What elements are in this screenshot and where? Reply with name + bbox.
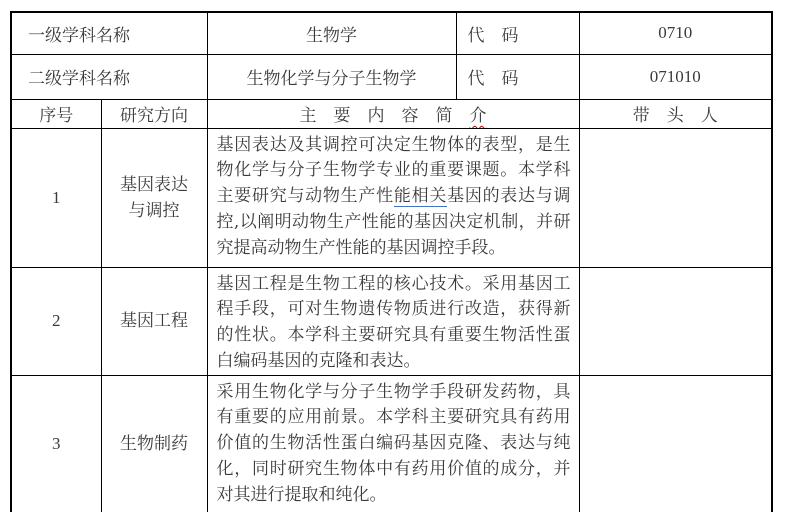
column-header-row: 序号 研究方向 主 要 内 容 简 介 带 头 人 [11, 99, 772, 128]
leader-cell [579, 267, 772, 375]
row-no: 1 [11, 128, 101, 267]
row-intro: 基因表达及其调控可决定生物体的表型，是生物化学与分子生物学专业的重要课题。本学科… [207, 128, 579, 267]
document-page: 一级学科名称 生物学 代 码 0710 二级学科名称 生物化学与分子生物学 代 … [0, 0, 795, 512]
col-header-intro: 主 要 内 容 简 介 [207, 99, 579, 128]
spellcheck-squiggle-text: 介 [470, 106, 487, 126]
primary-code-value: 0710 [579, 12, 772, 54]
primary-discipline-row: 一级学科名称 生物学 代 码 0710 [11, 12, 772, 54]
row-direction: 基因表达 与调控 [101, 128, 207, 267]
col-header-no: 序号 [11, 99, 101, 128]
intro-text-before: 基因工程是生物工程的核心技术。采用基因工程手段，可对生物遗传物质进行改造，获得新… [217, 274, 571, 371]
intro-text-before: 采用生物化学与分子生物学手段研发药物，具有重要的应用前景。本学科主要研究具有药用… [217, 382, 571, 505]
leader-cell [579, 128, 772, 267]
primary-discipline-value: 生物学 [207, 12, 456, 54]
row-no: 2 [11, 267, 101, 375]
secondary-discipline-row: 二级学科名称 生物化学与分子生物学 代 码 071010 [11, 54, 772, 99]
row-no: 3 [11, 375, 101, 512]
col-header-intro-text: 主 要 内 容 简 [300, 106, 470, 126]
row-intro: 采用生物化学与分子生物学手段研发药物，具有重要的应用前景。本学科主要研究具有药用… [207, 375, 579, 512]
primary-discipline-label: 一级学科名称 [11, 12, 207, 54]
row-direction: 生物制药 [101, 375, 207, 512]
secondary-discipline-label: 二级学科名称 [11, 54, 207, 99]
research-row-3: 3 生物制药 采用生物化学与分子生物学手段研发药物，具有重要的应用前景。本学科主… [11, 375, 772, 512]
research-row-2: 2 基因工程 基因工程是生物工程的核心技术。采用基因工程手段，可对生物遗传物质进… [11, 267, 772, 375]
col-header-direction: 研究方向 [101, 99, 207, 128]
discipline-table: 一级学科名称 生物学 代 码 0710 二级学科名称 生物化学与分子生物学 代 … [10, 11, 773, 512]
secondary-discipline-value: 生物化学与分子生物学 [207, 54, 456, 99]
secondary-code-value: 071010 [579, 54, 772, 99]
research-row-1: 1 基因表达 与调控 基因表达及其调控可决定生物体的表型，是生物化学与分子生物学… [11, 128, 772, 267]
leader-cell [579, 375, 772, 512]
secondary-code-label: 代 码 [456, 54, 579, 99]
row-direction: 基因工程 [101, 267, 207, 375]
col-header-leader: 带 头 人 [579, 99, 772, 128]
primary-code-label: 代 码 [456, 12, 579, 54]
row-intro: 基因工程是生物工程的核心技术。采用基因工程手段，可对生物遗传物质进行改造，获得新… [207, 267, 579, 375]
grammar-underline-text: 能相关 [394, 186, 447, 207]
